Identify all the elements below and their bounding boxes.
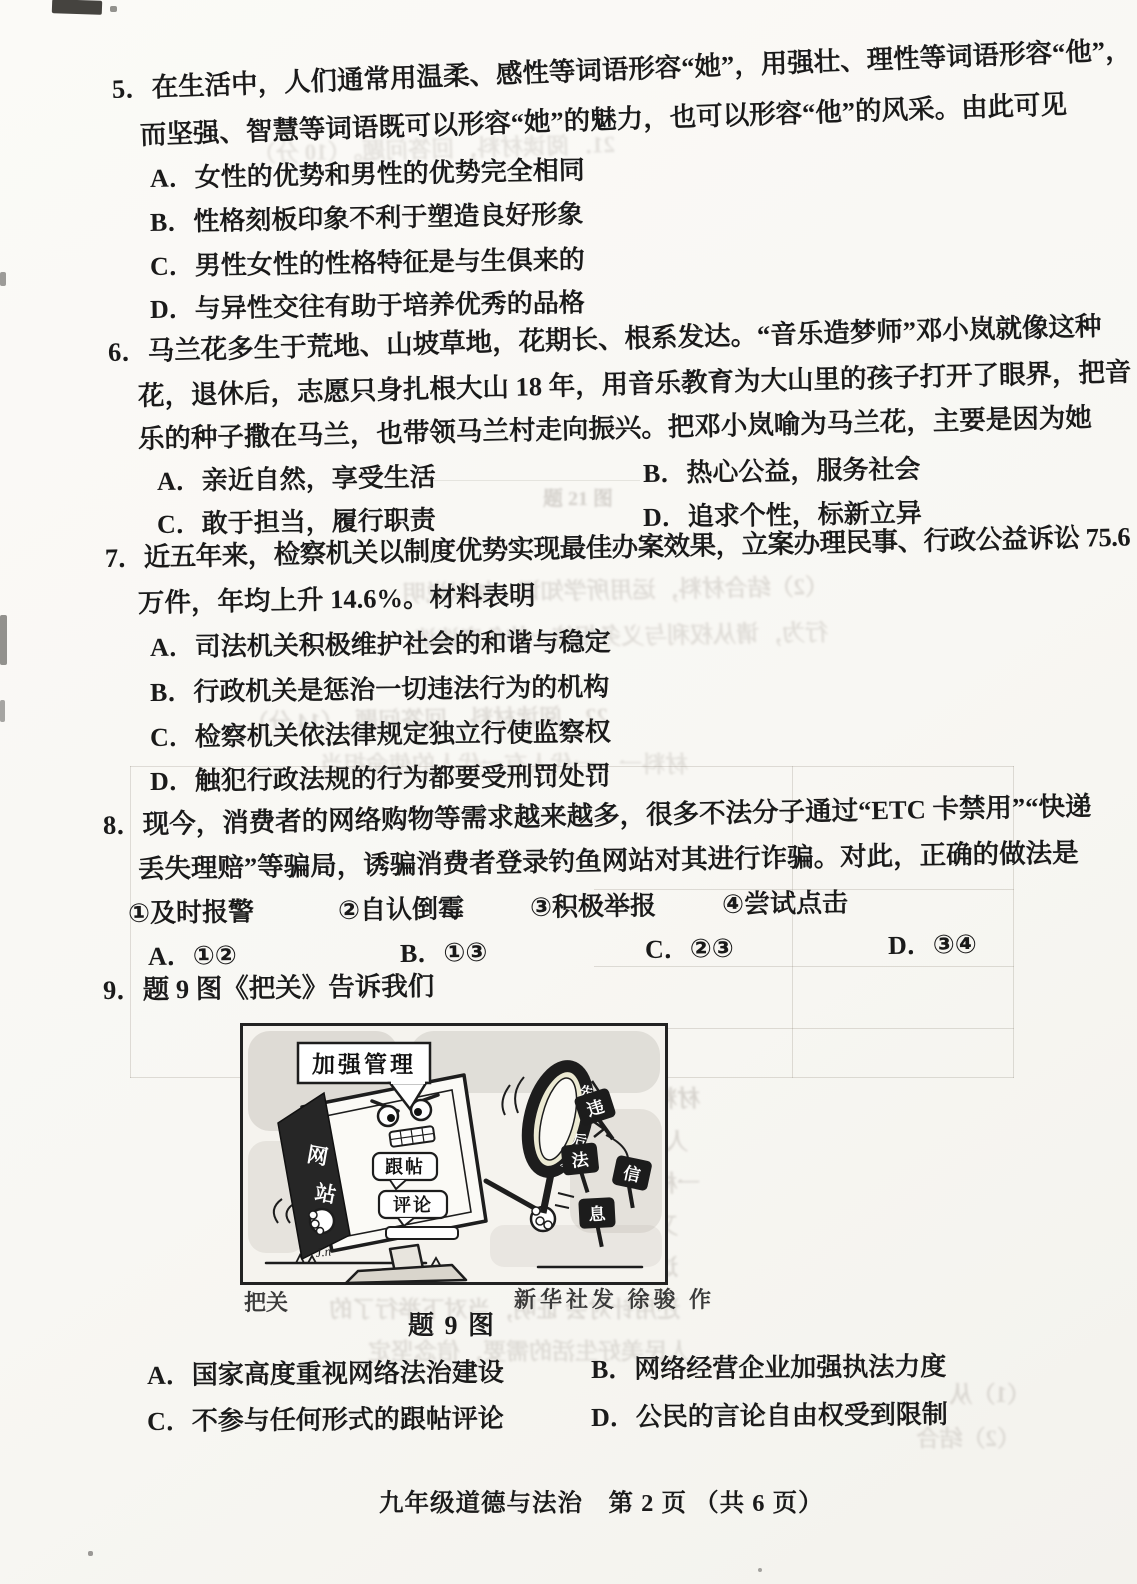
question-6-option-a: A．亲近自然，享受生活: [157, 462, 436, 498]
question-9-option-d: D．公民的言论自由权受到限制: [591, 1399, 948, 1433]
scan-speck: [0, 700, 5, 722]
bleedthrough-text: （1）从: [950, 1376, 1031, 1409]
speech-bubble-text: 加强管理: [312, 1051, 416, 1077]
question-5-option-d: D．与异性交往有助于培养优秀的品格: [150, 287, 585, 325]
bleedthrough-grid-line: [594, 966, 1014, 967]
question-7-option-a: A．司法机关积极维护社会的和谐与稳定: [150, 626, 611, 663]
question-5-option-b: B．性格刻板印象不利于塑造良好形象: [150, 199, 584, 239]
question-5-option-a: A．女性的优势和男性的优势完全相同: [150, 155, 585, 195]
question-8-choice-3: ③积极举报: [530, 890, 656, 923]
cartoon-caption-left: 把关: [244, 1286, 288, 1317]
question-7-option-c: C．检察机关依法律规定独立行使监察权: [150, 716, 611, 753]
question-8-choice-1: ①及时报警: [128, 896, 254, 929]
cartoon-svg: 网 站 跟帖: [240, 1023, 668, 1285]
screen-label-comments: 评论: [393, 1194, 433, 1215]
question-9-line-1: 9．题 9 图《把关》告诉我们: [103, 971, 435, 1007]
scan-speck: [110, 6, 117, 12]
question-9-option-b: B．网络经营企业加强执法力度: [591, 1351, 947, 1385]
scan-speck: [88, 1551, 93, 1556]
question-8-line-1: 8．现今，消费者的网络购物等需求越来越多，很多不法分子通过“ETC 卡禁用”“快…: [103, 791, 1092, 842]
question-6-option-b: B．热心公益，服务社会: [643, 454, 921, 490]
scan-speck: [758, 1568, 762, 1572]
question-8-option-c: C．②③: [645, 933, 734, 965]
figure-9-caption: 题 9 图: [408, 1305, 496, 1342]
question-8-option-b: B．①③: [400, 937, 488, 969]
bleedthrough-grid-line: [420, 480, 640, 481]
question-8-choice-2: ②自认倒霉: [338, 893, 464, 926]
question-9-option-a: A．国家高度重视网络法治建设: [147, 1357, 504, 1391]
question-8-option-d: D．③④: [888, 929, 977, 961]
scan-speck: [0, 615, 7, 665]
question-6-line-3: 乐的种子撒在马兰，也带领马兰村走向振兴。把邓小岚喻为马兰花，主要是因为她: [138, 402, 1092, 455]
question-9-cartoon: 网 站 跟帖: [240, 1023, 668, 1285]
sign-char-4: 息: [588, 1204, 607, 1225]
sign-char-2: 法: [571, 1149, 591, 1171]
cartoonist-signature: J.n: [315, 1243, 332, 1260]
cartoon-caption-credit: 新华社发 徐骏 作: [514, 1283, 715, 1314]
page-footer: 九年级道德与法治 第 2 页 （共 6 页）: [379, 1489, 824, 1518]
question-8-option-a: A．①②: [148, 940, 237, 972]
question-8-choice-4: ④尝试点击: [722, 887, 848, 920]
question-8-line-2: 丢失理赔”等骗局，诱骗消费者登录钓鱼网站对其进行诈骗。对此，正确的做法是: [138, 838, 1079, 886]
question-7-option-d: D．触犯行政法规的行为都要受刑罚处罚: [150, 760, 611, 797]
exam-page: 21．阅读材料，回答问题。（10 分） 题 21 图 （2）结合材料，运用所学知…: [0, 0, 1137, 1584]
question-7-line-2: 万件，年均上升 14.6%。材料表明: [138, 580, 536, 619]
question-7-option-b: B．行政机关是惩治一切违法行为的机构: [150, 671, 610, 708]
question-5-option-c: C．男性女性的性格特征是与生俱来的: [150, 244, 585, 282]
question-6-option-c: C．敢于担当，履行职责: [157, 505, 436, 541]
scan-corner-mark: [52, 0, 102, 15]
banner-char-1: 网: [305, 1142, 330, 1169]
question-9-option-c: C．不参与任何形式的跟帖评论: [147, 1403, 504, 1437]
scan-speck: [0, 272, 6, 286]
banner-char-2: 站: [313, 1180, 338, 1207]
screen-label-comment-thread: 跟帖: [385, 1156, 425, 1177]
bleedthrough-text: 题 21 图: [543, 482, 613, 511]
